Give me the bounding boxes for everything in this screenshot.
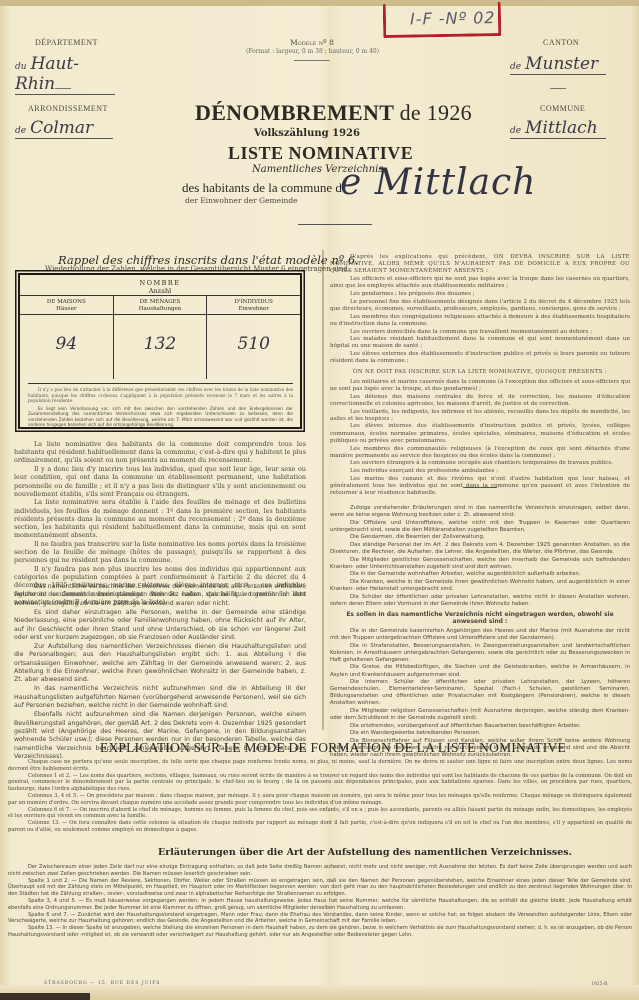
list-item: Les membres des communautés religieuses …	[330, 446, 630, 460]
title-german: Volkszählung 1926	[254, 128, 360, 139]
list-item: Die internen Schüler der öffentlichen od…	[330, 679, 630, 707]
canton-label: CANTON	[543, 38, 579, 47]
left-instructions-de: Das namentliche Verzeichnis der Einwohne…	[14, 583, 306, 762]
rappel-col-individus: D'INDIVIDUSEinwohner 510	[207, 295, 300, 379]
divider	[294, 60, 330, 61]
departement-prefix: du	[15, 62, 27, 72]
paragraph: Colonnes 3, 4 et 5. — On procédera par m…	[8, 793, 632, 806]
divider	[550, 88, 566, 89]
format-note: (Format : largeur, 0 m 38 ; hauteur, 0 m…	[246, 48, 379, 55]
list-item: Die in der Gemeinde wohnhaften Arbeiter,…	[330, 571, 630, 578]
col-header: DE MAISONSHäuser	[20, 295, 113, 315]
arrondissement-field[interactable]: deColmar	[15, 118, 113, 139]
erlaeuterungen-title: Erläuterungen über die Art der Aufstellu…	[158, 847, 572, 858]
arrondissement-value: Colmar	[30, 118, 93, 138]
canton-field[interactable]: deMunster	[510, 54, 606, 75]
list-item: Die Mitglieder religiöser Genossenschaft…	[330, 708, 630, 722]
archive-stamp-text: I-F -Nº 02	[410, 8, 496, 28]
paragraph: Spalte 3, 4 und 5. — Es muß häuserweise …	[8, 898, 632, 911]
explication-body: Chaque case ne portera qu'une seule insc…	[8, 759, 632, 834]
list-item: Les élèves externes des établissements d…	[330, 351, 630, 365]
col-label: DE MAISONS	[20, 299, 113, 306]
list-item: Die Schüler der öffentlichen oder privat…	[330, 594, 630, 608]
col-german: Einwohner	[207, 306, 300, 313]
page-fold-line	[322, 250, 324, 730]
divider	[55, 88, 71, 89]
right-instructions-fr: D'après les explications qui précèdent, …	[330, 254, 630, 498]
list-item: Das ständige Personal der im Art. 2 des …	[330, 542, 630, 556]
list-item: Die Gendarmen, die Beamten der Zollverwa…	[330, 534, 630, 541]
paragraph: Zur Aufstellung des namentlichen Verzeic…	[14, 643, 306, 685]
nombre-german: Anzahl	[20, 287, 300, 295]
paragraph: Colonne 13. — On fera connaître dans cet…	[8, 820, 632, 833]
col-label: D'INDIVIDUS	[207, 299, 300, 306]
intro: Zufolge vorstehender Erläuterungen sind …	[330, 505, 630, 519]
paragraph: Spalte 6 und 7. — Zunächst wird der Haus…	[8, 912, 632, 925]
habitants-german: der Einwohner der Gemeinde	[185, 196, 298, 205]
note-de: Es liegt kein Veranlassung vor, sich mit…	[28, 406, 293, 428]
commune-field[interactable]: deMittlach	[510, 118, 606, 139]
paragraph: Der Zwischenraum einer jeden Zeile darf …	[8, 864, 632, 877]
list-item: Die Greise, die Hilfsbedürftigen, die Si…	[330, 664, 630, 678]
rappel-note: Il n'y a pas lieu de s'attacher à la dif…	[28, 383, 293, 430]
paragraph: Colonnes 1 et 2. — Les noms des quartier…	[8, 773, 632, 793]
rappel-col-menages: DE MÉNAGESHaushaltungen 132	[114, 295, 208, 379]
paragraph: Chaque case ne portera qu'une seule insc…	[8, 759, 632, 772]
title-year: de 1926	[400, 100, 472, 125]
paragraph: La liste nominative des habitants de la …	[14, 440, 306, 465]
archive-stamp: I-F -Nº 02	[383, 2, 502, 38]
rappel-table: NOMBRE Anzahl DE MAISONSHäuser 94 DE MÉN…	[18, 273, 302, 429]
arrondissement-prefix: de	[15, 126, 26, 136]
modele-number: Modèle nº 8	[290, 38, 334, 47]
commune-prefix: de	[510, 126, 521, 136]
col-german: Häuser	[20, 306, 113, 313]
paragraph: Spalte 1 und 2. — Die Namen der Reviere,…	[8, 878, 632, 898]
list-item: Les membres des congrégations religieuse…	[330, 314, 630, 328]
intro: D'après les explications qui précèdent, …	[330, 254, 630, 276]
rappel-columns: DE MAISONSHäuser 94 DE MÉNAGESHaushaltun…	[20, 295, 300, 379]
liste-title: LISTE NOMINATIVE	[228, 143, 413, 164]
commune-label: COMMUNE	[540, 104, 585, 113]
list-item: Les individus exerçant des professions a…	[330, 468, 630, 475]
individus-value[interactable]: 510	[207, 315, 300, 354]
rappel-german: Wiederholung der Zahlen, welche in der G…	[45, 265, 350, 273]
list-item: Die Offiziere und Unteroffiziere, welche…	[330, 520, 630, 534]
list-item: Les malades résidant habituellement dans…	[330, 336, 630, 350]
page-title: DÉNOMBREMENT de 1926	[195, 100, 472, 126]
list-item: Les ouvriers domiciliés dans la commune …	[330, 329, 630, 336]
list-item: Le personnel fixe des établissements dés…	[330, 299, 630, 313]
list-item: Les militaires et marins casernés dans l…	[330, 379, 630, 393]
ornament-rule	[298, 224, 372, 225]
list-item: Les élèves internes des établissements d…	[330, 423, 630, 445]
list-item: Les détenus des maisons centrales de for…	[330, 394, 630, 408]
nombre-label: NOMBRE	[20, 279, 300, 287]
census-form-page: I-F -Nº 02 DÉPARTEMENT duHaut-Rhin ARRON…	[0, 0, 639, 1000]
arrondissement-label: ARRONDISSEMENT	[28, 104, 108, 113]
list-item: Die ortsfremden, vorübergehend auf öffen…	[330, 723, 630, 730]
menages-value[interactable]: 132	[114, 315, 207, 354]
note-fr: Il n'y a pas lieu de s'attacher à la dif…	[28, 387, 293, 404]
list-item: Die in der Gemeinde kasernierten Angehör…	[330, 628, 630, 642]
commune-value: Mittlach	[525, 118, 598, 138]
left-instructions-fr: La liste nominative des habitants de la …	[14, 440, 306, 607]
paragraph: Colonnes 6 et 7. — On inscrira d'abord l…	[8, 807, 632, 820]
erlaeuterungen-body: Der Zwischenraum einer jeden Zeile darf …	[8, 864, 632, 939]
list-item: Die Kranken, welche in der Gemeinde ihre…	[330, 579, 630, 593]
col-header: D'INDIVIDUSEinwohner	[207, 295, 300, 315]
paper-edge	[0, 985, 639, 1000]
right-instructions-de: Zufolge vorstehender Erläuterungen sind …	[330, 505, 630, 760]
paragraph: Il y a donc lieu d'y inscrire tous les i…	[14, 465, 306, 498]
divider	[463, 487, 497, 488]
col-german: Haushaltungen	[114, 306, 207, 313]
maisons-value[interactable]: 94	[20, 315, 113, 354]
paragraph: In das namentliche Verzeichnis nicht auf…	[14, 685, 306, 710]
list-item: Die in Strafanstalten, Besserungsanstalt…	[330, 643, 630, 664]
list-item: Les officiers et sous-officiers qui ne s…	[330, 276, 630, 290]
commune-handwritten[interactable]: e Mittlach	[340, 162, 536, 203]
list-item: Die Mitglieder geistlicher Genossenschaf…	[330, 557, 630, 571]
paper-edge	[0, 0, 639, 6]
paragraph: La liste nominative sera établie à l'aid…	[14, 498, 306, 539]
nombre-header: NOMBRE Anzahl	[20, 279, 300, 295]
list-item: Die ein Wandergewerbe betreibenden Perso…	[330, 730, 630, 737]
paragraph: Das namentliche Verzeichnis der Einwohne…	[14, 583, 306, 608]
explication-title: EXPLICATION SUR LE MODE DE FORMATION DE …	[100, 740, 566, 756]
list-item: Les vieillards, les indigents, les infir…	[330, 409, 630, 423]
paragraph: Il ne faudra pas transcrire sur la liste…	[14, 540, 306, 565]
paragraph: Es sind daher einzutragen alle Personen,…	[14, 609, 306, 643]
title-main: DÉNOMBREMENT	[195, 100, 394, 125]
rappel-col-maisons: DE MAISONSHäuser 94	[20, 295, 114, 379]
col-header: DE MÉNAGESHaushaltungen	[114, 295, 207, 315]
canton-prefix: de	[510, 62, 521, 72]
col-label: DE MÉNAGES	[114, 299, 207, 306]
departement-label: DÉPARTEMENT	[35, 38, 98, 47]
habitants-line: des habitants de la commune d	[182, 180, 342, 196]
list-item: Les ouvriers étrangers à la commune occu…	[330, 460, 630, 467]
canton-value: Munster	[525, 54, 598, 74]
list-item: Les gendarmes ; les préposés des douanes…	[330, 291, 630, 298]
section-heading: ON NE DOIT PAS INSCRIRE SUR LA LISTE NOM…	[330, 369, 630, 376]
paragraph: Spalte 13. — In dieser Spalte ist anzuge…	[8, 925, 632, 938]
section-heading: Es sollen in das namentliche Verzeichnis…	[330, 611, 630, 625]
